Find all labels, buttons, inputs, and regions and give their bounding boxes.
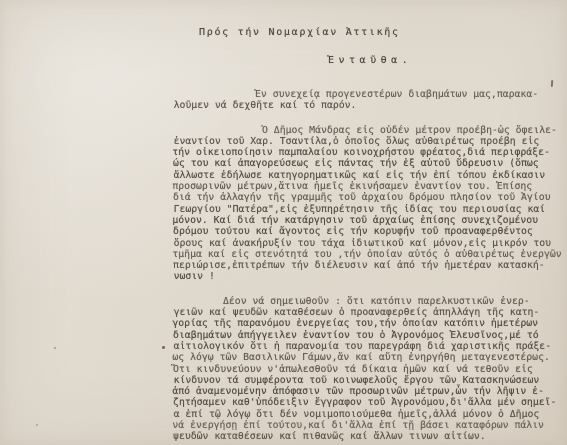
text-line: ψευδῶν καταθέσεων καί πιθανῶς καί ἄλλων … — [173, 431, 567, 442]
text-line: διαβημάτων ἀπήγγειλεν ἐναντίον του ὁ Ἀγρ… — [173, 330, 567, 341]
text-line: Ὅτι κινδυνεύουν ν'ἀπωλεσθοῦν τά δίκαια ἡ… — [173, 364, 567, 375]
text-line: νά ἐνεργήσῃ ἐπί τούτου,καί δι'ἄλλα ἐπί τ… — [172, 420, 567, 431]
text-line: τμῆμα καί εἰς στενότητά του ,τήν ὁποίαν … — [172, 249, 567, 260]
text-line: γορίας τῆς παρανόμου ἐνεργείας του,τήν ὁ… — [172, 318, 567, 329]
text-line: περιώρισε,ἐπιτρέπων τήν διέλευσιν καί ἀπ… — [173, 260, 567, 271]
text-line: Ὁ Δῆμος Μάνδρας εἰς οὐδέν μέτρον προέβη-… — [173, 125, 567, 136]
text-line: α ἐπί τῷ λόγῳ ὅτι δέν νομιμοποιούμεθα ἡμ… — [174, 409, 567, 420]
text-line: κίνδυνον τά συμφέροντα τοῦ κοινωφελοῦς ἔ… — [174, 375, 567, 386]
ink-speck — [36, 424, 38, 426]
text-line: αἰτιολογικόν ὅτι ἡ παρανομία του παρεγρά… — [174, 341, 567, 352]
text-line: ώς του καί ἀπαγορεύσεως εἰς πάντας τήν ἐ… — [173, 158, 567, 169]
place-line: Ἐνταῦθα. — [328, 55, 412, 66]
paragraph: Δέον νά σημειωθοῦν : ὅτι κατόπιν παρελκυ… — [173, 296, 567, 443]
text-line: δρόμου τούτου καί ἄγοντος εἰς τήν κορυφή… — [173, 226, 567, 237]
text-line: Ἐν συνεχείᾳ προγενεστέρων διαβημάτων μας… — [173, 89, 567, 100]
text-line: Δέον νά σημειωθοῦν : ὅτι κατόπιν παρελκυ… — [173, 296, 567, 307]
text-line: νωσιν ! — [174, 271, 567, 282]
ink-speck — [162, 346, 165, 349]
text-line: ὄρους καί ἀνακήρυξίν του τάχα ἰδιωτικοῦ … — [174, 238, 567, 249]
text-line: Γεωργίου "Πατέρα",εἰς ἐξυπηρέτησιν τῆς ἰ… — [174, 204, 567, 215]
text-line: ἐναντίον τοῦ Χαρ. Τσαντίλα,ὁ ὁποῖος ὅλως… — [174, 136, 567, 147]
text-line: ζητήσαμεν καθ'ὑπόδειξιν ἔγγραφον τοῦ Ἀγρ… — [173, 397, 567, 408]
ink-speck — [54, 347, 56, 349]
text-line: ἀπό ἀναμενομένην ἀπόφασιν τῶν προσωρινῶν… — [172, 386, 567, 397]
text-line: τήν οἰκειοποίησιν παμπαλαίου κοινοχρήστο… — [172, 147, 567, 158]
text-line: ἄλλωστε ἐδήλωσε κατηγορηματικῶς καί εἰς … — [174, 170, 567, 181]
ink-speck — [551, 80, 553, 87]
text-line: μόνον. Καί διά τήν κατάργησιν τοῦ ἀρχαίω… — [172, 215, 567, 226]
recipient-line: Πρός τήν Νομαρχίαν Ἀττικῆς — [199, 27, 400, 38]
text-line: διά τήν ἀλλαγήν τῆς γραμμῆς τοῦ ἀρχαίου … — [173, 192, 567, 203]
text-line: γειῶν καί ψευδῶν καταθέσεων ὁ προαναφερθ… — [174, 307, 567, 318]
text-line: προσωρινῶν μέτρων,ἅτινα ἡμεῖς ἐκινήσαμεν… — [172, 181, 567, 192]
text-line: ως λόγῳ τῶν Βασιλικῶν Γάμων,ἄν καί αὕτη … — [172, 352, 567, 363]
text-line: λοῦμεν νά δεχθῆτε καί τό παρόν. — [174, 100, 567, 111]
paragraph: Ἐν συνεχείᾳ προγενεστέρων διαβημάτων μας… — [173, 89, 567, 112]
paragraph: Ὁ Δῆμος Μάνδρας εἰς οὐδέν μέτρον προέβη-… — [173, 125, 567, 283]
letter-body: Ἐν συνεχείᾳ προγενεστέρων διαβημάτων μας… — [173, 89, 567, 443]
scanned-letter-page: Πρός τήν Νομαρχίαν Ἀττικῆς Ἐνταῦθα. Ἐν σ… — [0, 0, 567, 445]
